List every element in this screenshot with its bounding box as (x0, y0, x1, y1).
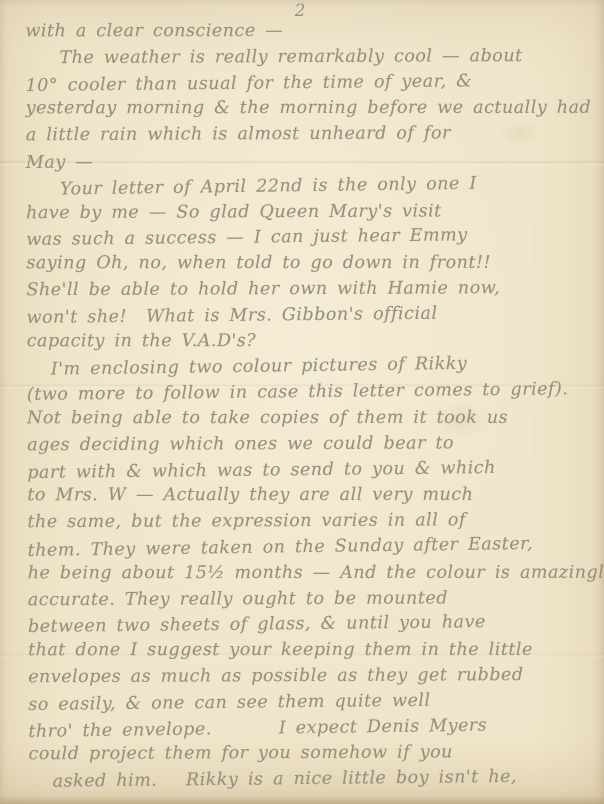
letter-line: envelopes as much as possible as they ge… (28, 663, 593, 691)
letter-line: to Mrs. W — Actually they are all very m… (27, 483, 592, 509)
letter-line: asked him. Rikky is a nice little boy is… (29, 764, 594, 796)
letter-line: was such a success — I can just hear Emm… (26, 222, 591, 254)
letter-line: ages deciding which ones we could bear t… (27, 431, 592, 459)
letter-line: part with & which was to send to you & w… (27, 455, 592, 487)
letter-line: he being about 15½ months — And the colo… (28, 560, 593, 586)
letter-line: that done I suggest your keeping them in… (28, 638, 593, 664)
letter-line: between two sheets of glass, & until you… (28, 609, 593, 641)
letter-line: with a clear conscience — (25, 19, 590, 45)
letter-line: saying Oh, no, when told to go down in f… (26, 251, 591, 277)
letter-page: 2 with a clear conscience — The weather … (0, 0, 604, 804)
letter-body: with a clear conscience — The weather is… (25, 18, 593, 794)
letter-line: yesterday morning & the morning before w… (26, 96, 591, 122)
letter-line: 10° cooler than usual for the time of ye… (25, 68, 590, 100)
letter-line: them. They were taken on the Sunday afte… (27, 531, 592, 565)
letter-line: The weather is really remarkably cool — … (25, 44, 590, 72)
letter-line: Not being able to take copies of them it… (27, 406, 592, 432)
letter-line: She'll be able to hold her own with Hami… (26, 276, 591, 304)
letter-line: won't she! What is Mrs. Gibbon's officia… (26, 300, 591, 332)
letter-line: (two more to follow in case this letter … (27, 377, 592, 409)
